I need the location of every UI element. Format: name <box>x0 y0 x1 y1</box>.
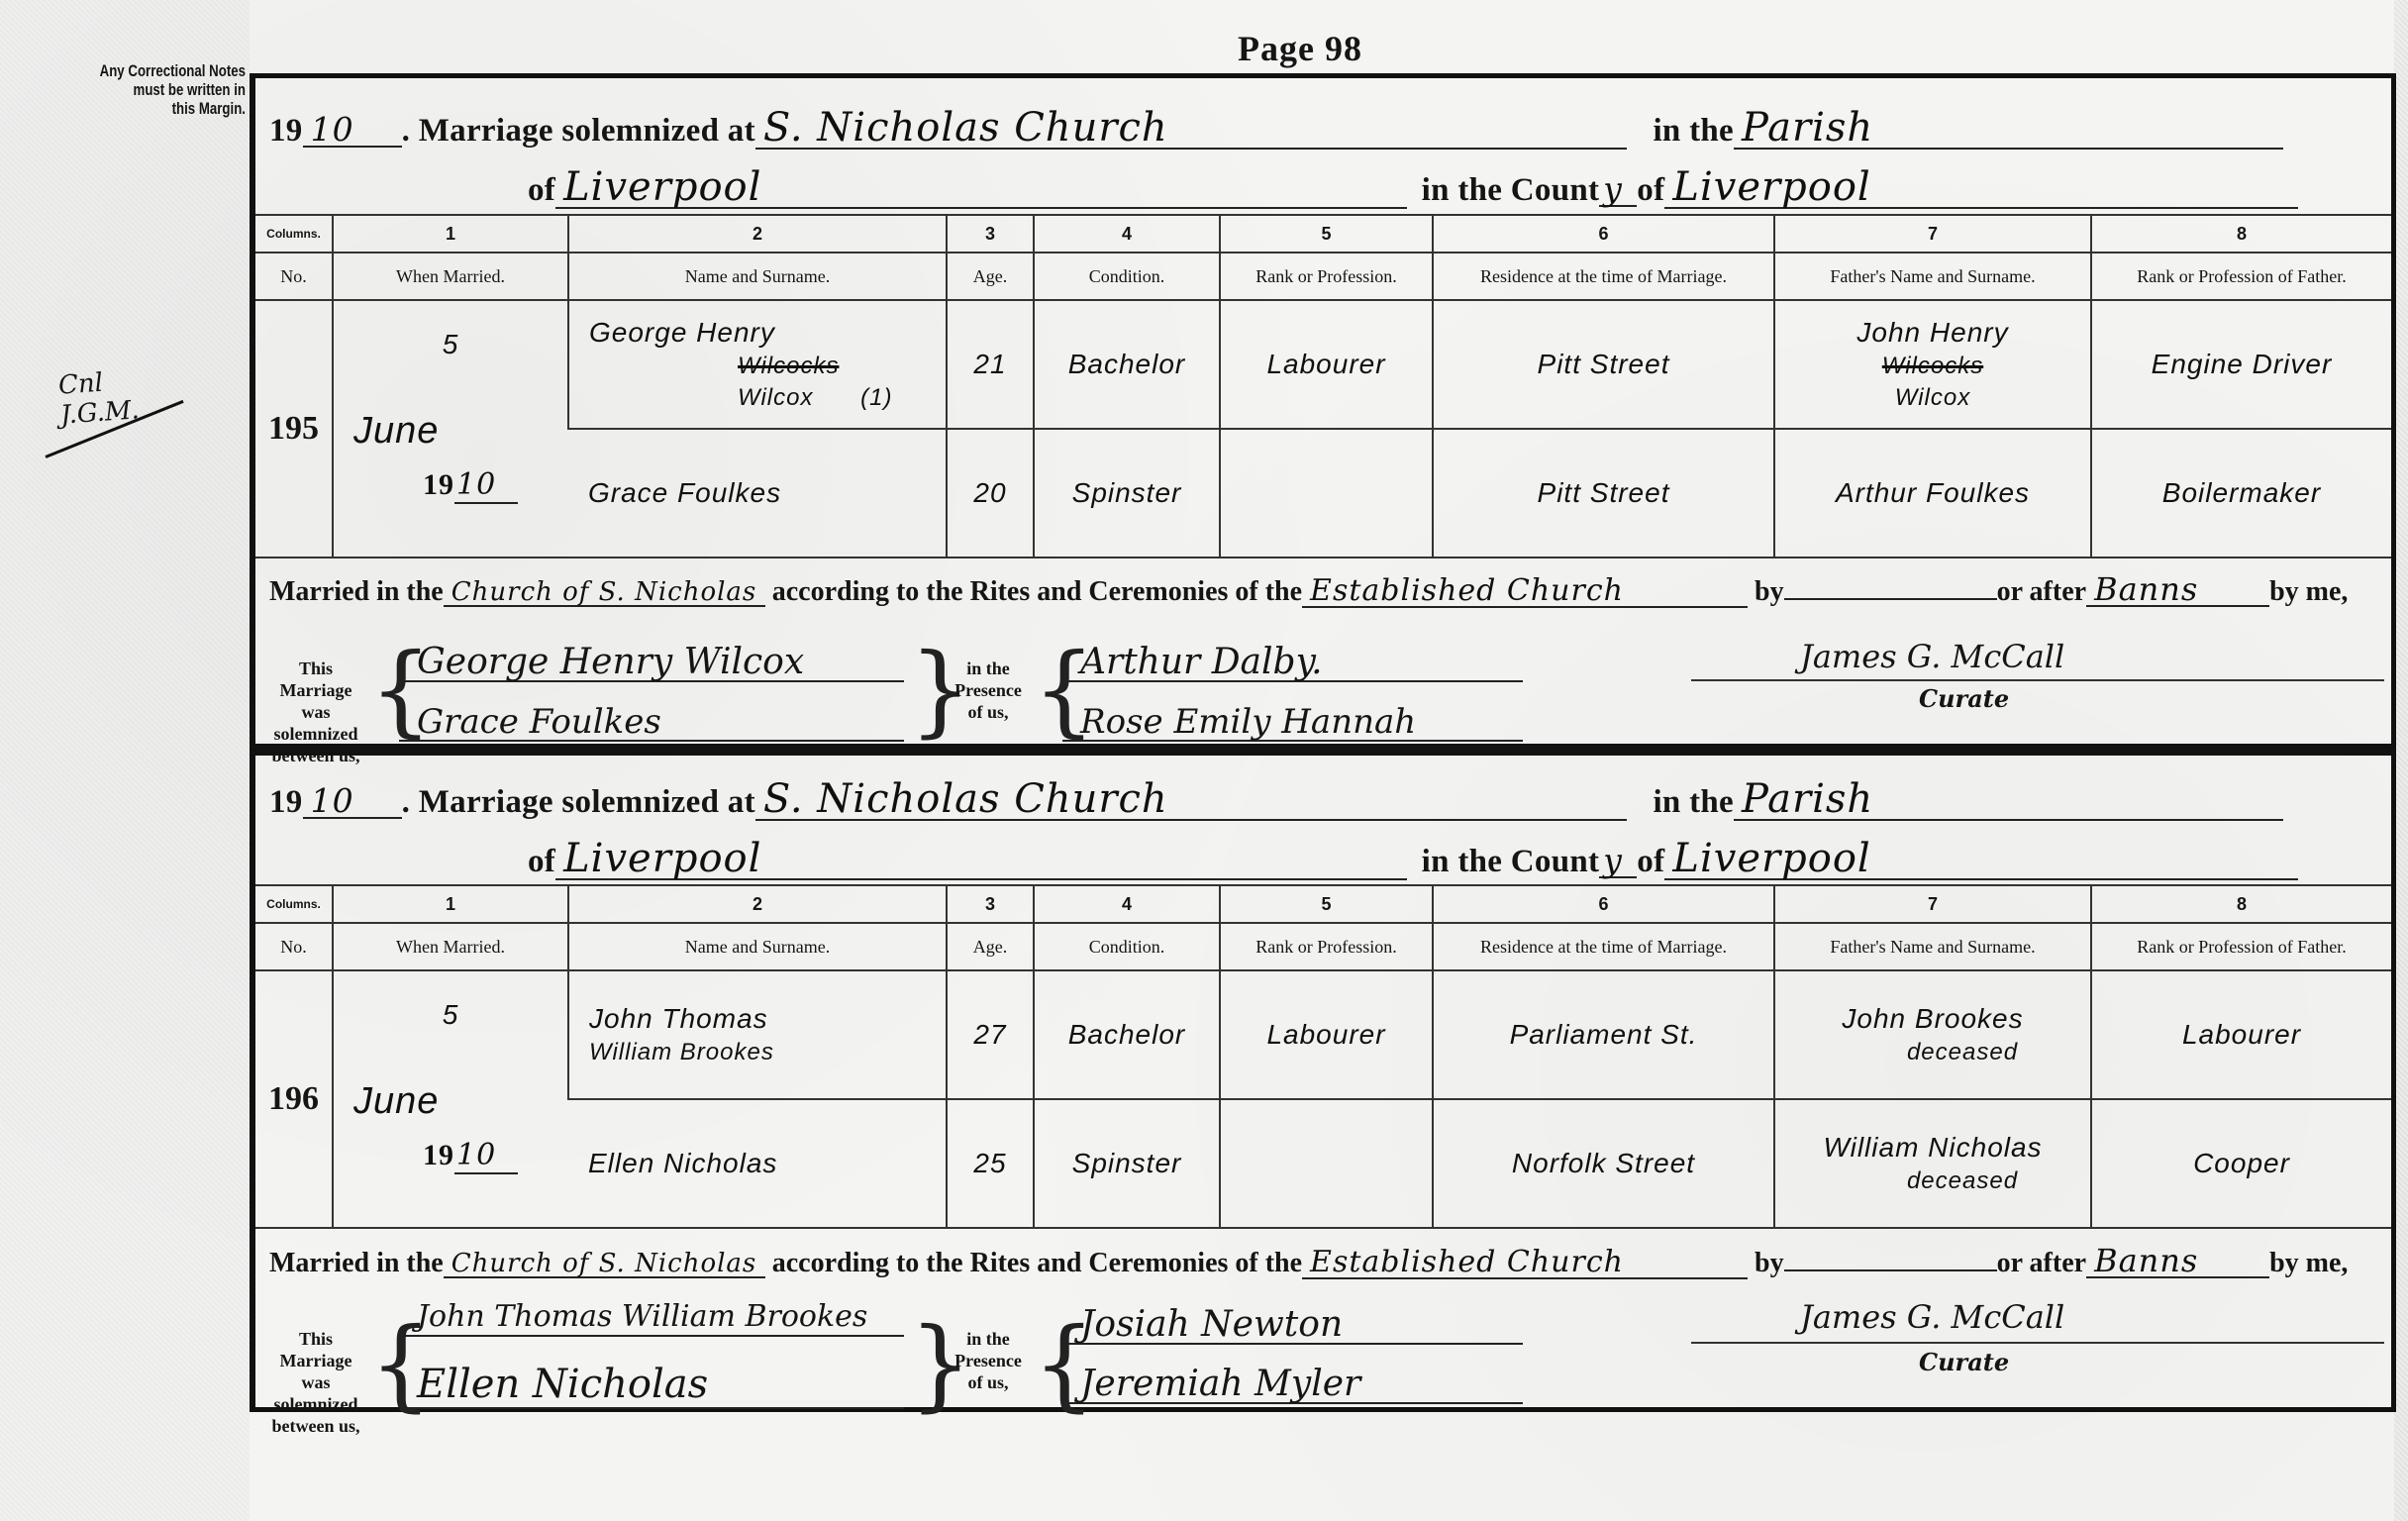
witness-1-signature: Josiah Newton <box>1062 1305 1523 1345</box>
left-margin <box>0 0 250 1521</box>
bride-signature: Ellen Nicholas <box>399 1360 904 1409</box>
bride-name: Grace Foulkes <box>568 429 947 558</box>
column-number: 5 <box>1220 215 1433 253</box>
margin-note-line: must be written in <box>99 80 246 99</box>
groom-name-struck: Wilcocks <box>589 353 946 380</box>
in-presence-line: in the <box>944 1328 1033 1350</box>
in-presence-line: Presence <box>944 679 1033 701</box>
margin-note-line: Any Correctional Notes <box>99 61 246 80</box>
married-in-line: Married in theChurch of S. Nicholas acco… <box>269 1245 2348 1279</box>
entry-header-line-1: 1910. Marriage solemnized atS. Nicholas … <box>269 779 2283 821</box>
or-after-label: or after <box>1997 1248 2086 1278</box>
when-year-suffix: 10 <box>454 467 518 504</box>
bride-age: 25 <box>947 1099 1034 1228</box>
in-presence-label: in the Presence of us, <box>944 1328 1033 1393</box>
rites: Established Church <box>1302 1248 1748 1279</box>
when-day: 5 <box>334 999 567 1031</box>
this-marriage-line: This Marriage <box>261 658 370 701</box>
column-number: 3 <box>947 885 1034 923</box>
margin-note: Any Correctional Notes must be written i… <box>99 61 246 118</box>
bride-age: 20 <box>947 429 1034 558</box>
year-suffix: 10 <box>303 784 402 819</box>
minister-title: Curate <box>1919 1348 2009 1376</box>
register-frame: 1910. Marriage solemnized atS. Nicholas … <box>250 73 2396 1412</box>
county-suffix: y <box>1599 844 1637 878</box>
right-margin <box>2394 0 2408 1521</box>
by-me-label: by me, <box>2269 1248 2348 1278</box>
married-in-line: Married in theChurch of S. Nicholas acco… <box>269 573 2348 608</box>
groom-name: George Henry Wilcocks Wilcox (1) <box>568 300 947 429</box>
by-licence <box>1784 598 1997 600</box>
groom-name-line: William Brookes <box>589 1039 946 1066</box>
married-in-label: Married in the <box>269 576 444 607</box>
bride-profession <box>1220 429 1433 558</box>
marriage-entry-195: 1910. Marriage solemnized atS. Nicholas … <box>255 78 2391 752</box>
in-presence-line: of us, <box>944 701 1033 723</box>
in-the-label: in the <box>1653 784 1734 820</box>
bride-residence: Pitt Street <box>1433 429 1774 558</box>
entry-number: 195 <box>255 300 333 558</box>
groom-father-name-line: Wilcox <box>1775 384 2090 412</box>
when-year-prefix: 19 <box>423 1139 454 1171</box>
column-header-condition: Condition. <box>1034 923 1220 970</box>
married-in-label: Married in the <box>269 1248 444 1278</box>
married-in-church: Church of S. Nicholas <box>444 1251 765 1278</box>
according-to-label: according to the Rites and Ceremonies of… <box>772 1248 1302 1278</box>
entry-divider <box>255 744 2391 756</box>
groom-father-name: John Henry Wilcocks Wilcox <box>1774 300 2091 429</box>
marriage-solemnized-label: . Marriage solemnized at <box>402 113 755 149</box>
groom-residence: Pitt Street <box>1433 300 1774 429</box>
register-table: Columns. 1 2 3 4 5 6 7 8 No. When Marrie… <box>255 884 2391 1229</box>
county-suffix: y <box>1599 172 1637 207</box>
groom-name-note: (1) <box>860 384 892 411</box>
when-married: 5 June 1910 <box>333 300 568 558</box>
groom-father-profession: Labourer <box>2091 970 2391 1099</box>
in-presence-line: in the <box>944 658 1033 679</box>
bride-row: Ellen Nicholas 25 Spinster Norfolk Stree… <box>255 1099 2391 1228</box>
register-table: Columns. 1 2 3 4 5 6 7 8 No. When Marrie… <box>255 214 2391 558</box>
bride-signature: Grace Foulkes <box>399 702 904 742</box>
column-number: 6 <box>1433 215 1774 253</box>
groom-condition: Bachelor <box>1034 300 1220 429</box>
of-county-label: of <box>1637 172 1664 208</box>
according-to-label: according to the Rites and Ceremonies of… <box>772 576 1302 607</box>
of-county-label: of <box>1637 844 1664 879</box>
of-label: of <box>528 844 555 879</box>
groom-father-name: John Brookes deceased <box>1774 970 2091 1099</box>
column-number: 7 <box>1774 885 2091 923</box>
column-header-residence: Residence at the time of Marriage. <box>1433 253 1774 300</box>
marriage-solemnized-label: . Marriage solemnized at <box>402 784 755 820</box>
minister-signature: James G. McCall <box>1800 638 2064 675</box>
when-year: 1910 <box>423 1138 518 1172</box>
column-header-residence: Residence at the time of Marriage. <box>1433 923 1774 970</box>
column-header-father-name: Father's Name and Surname. <box>1774 923 2091 970</box>
district-type: Parish <box>1734 779 2283 821</box>
column-number: 4 <box>1034 215 1220 253</box>
bride-father-name: William Nicholas deceased <box>1774 1099 2091 1228</box>
rites: Established Church <box>1302 576 1748 608</box>
this-marriage-line: was solemnized <box>261 701 370 745</box>
year-suffix: 10 <box>303 113 402 148</box>
groom-age: 27 <box>947 970 1034 1099</box>
when-day: 5 <box>334 329 567 360</box>
this-marriage-line: was solemnized <box>261 1371 370 1415</box>
column-header-age: Age. <box>947 923 1034 970</box>
column-number: 6 <box>1433 885 1774 923</box>
minister-signature-line <box>1691 679 2384 681</box>
margin-note-line: this Margin. <box>99 99 246 118</box>
in-presence-line: Presence <box>944 1350 1033 1371</box>
groom-row: 195 5 June 1910 George Henry Wilcocks Wi… <box>255 300 2391 429</box>
marriage-place: S. Nicholas Church <box>755 779 1627 821</box>
column-header-when-married: When Married. <box>333 253 568 300</box>
column-number-row: Columns. 1 2 3 4 5 6 7 8 <box>255 215 2391 253</box>
bride-residence: Norfolk Street <box>1433 1099 1774 1228</box>
column-header-when-married: When Married. <box>333 923 568 970</box>
when-married: 5 June 1910 <box>333 970 568 1228</box>
district: Liverpool <box>555 167 1407 209</box>
when-year-suffix: 10 <box>454 1138 518 1174</box>
minister-signature-line <box>1691 1342 2384 1344</box>
bride-father-profession: Cooper <box>2091 1099 2391 1228</box>
entry-header-line-1: 1910. Marriage solemnized atS. Nicholas … <box>269 108 2283 150</box>
in-the-label: in the <box>1653 113 1734 149</box>
bride-condition: Spinster <box>1034 1099 1220 1228</box>
column-number: 7 <box>1774 215 2091 253</box>
groom-father-name-struck: Wilcocks <box>1775 353 2090 380</box>
county: Liverpool <box>1664 167 2298 209</box>
groom-father-note: deceased <box>1775 1039 2090 1066</box>
bride-condition: Spinster <box>1034 429 1220 558</box>
bride-name: Ellen Nicholas <box>568 1099 947 1228</box>
groom-father-name-line: John Brookes <box>1842 1003 2023 1034</box>
district-type: Parish <box>1734 108 2283 150</box>
column-number: 8 <box>2091 215 2391 253</box>
entry-header-line-2: ofLiverpool in the CountyofLiverpool <box>528 167 2298 209</box>
this-marriage-line: between us, <box>261 1415 370 1437</box>
when-month: June <box>353 410 439 453</box>
groom-profession: Labourer <box>1220 300 1433 429</box>
groom-name-line: John Thomas <box>589 1003 768 1034</box>
groom-father-name-line: John Henry <box>1856 317 2008 348</box>
county: Liverpool <box>1664 839 2298 880</box>
when-month: June <box>353 1080 439 1123</box>
column-header-name: Name and Surname. <box>568 253 947 300</box>
groom-profession: Labourer <box>1220 970 1433 1099</box>
bride-father-profession: Boilermaker <box>2091 429 2391 558</box>
groom-age: 21 <box>947 300 1034 429</box>
groom-signature: John Thomas William Brookes <box>399 1297 904 1337</box>
column-number: 3 <box>947 215 1034 253</box>
column-number: 8 <box>2091 885 2391 923</box>
column-number: 1 <box>333 215 568 253</box>
bride-profession <box>1220 1099 1433 1228</box>
column-number: 1 <box>333 885 568 923</box>
column-header-row: No. When Married. Name and Surname. Age.… <box>255 923 2391 970</box>
margin-annotation: Cnl J.G.M. <box>57 365 141 430</box>
column-header-profession: Rank or Profession. <box>1220 253 1433 300</box>
entry-header-line-2: ofLiverpool in the CountyofLiverpool <box>528 839 2298 880</box>
this-marriage-line: This Marriage <box>261 1328 370 1371</box>
marriage-entry-196: 1910. Marriage solemnized atS. Nicholas … <box>255 756 2391 1409</box>
or-after-label: or after <box>1997 576 2086 607</box>
page-title: Page 98 <box>1238 28 1362 69</box>
entry-number: 196 <box>255 970 333 1228</box>
witness-2-signature: Jeremiah Myler <box>1062 1365 1523 1404</box>
in-presence-label: in the Presence of us, <box>944 658 1033 723</box>
witness-1-signature: Arthur Dalby. <box>1062 643 1523 682</box>
column-number: 2 <box>568 215 947 253</box>
groom-father-profession: Engine Driver <box>2091 300 2391 429</box>
year-prefix: 19 <box>269 113 303 149</box>
groom-name: John Thomas William Brookes <box>568 970 947 1099</box>
groom-name-line: Wilcox <box>738 384 813 411</box>
column-header-condition: Condition. <box>1034 253 1220 300</box>
when-year-prefix: 19 <box>423 468 454 501</box>
columns-label: Columns. <box>255 215 333 253</box>
this-marriage-label: This Marriage was solemnized between us, <box>261 1328 370 1437</box>
columns-label: Columns. <box>255 885 333 923</box>
by-label: by <box>1755 576 1784 607</box>
bride-father-name: Arthur Foulkes <box>1774 429 2091 558</box>
groom-signature: George Henry Wilcox <box>399 643 904 682</box>
year-prefix: 19 <box>269 784 303 820</box>
or-after-banns: Banns <box>2086 573 2269 607</box>
by-label: by <box>1755 1248 1784 1278</box>
in-the-county-label: in the Count <box>1422 172 1600 208</box>
column-number-row: Columns. 1 2 3 4 5 6 7 8 <box>255 885 2391 923</box>
column-number: 4 <box>1034 885 1220 923</box>
column-header-row: No. When Married. Name and Surname. Age.… <box>255 253 2391 300</box>
groom-residence: Parliament St. <box>1433 970 1774 1099</box>
column-header-age: Age. <box>947 253 1034 300</box>
of-label: of <box>528 172 555 208</box>
column-header-father-profession: Rank or Profession of Father. <box>2091 923 2391 970</box>
groom-row: 196 5 June 1910 John Thomas William Broo… <box>255 970 2391 1099</box>
bride-father-note: deceased <box>1775 1167 2090 1195</box>
column-number: 5 <box>1220 885 1433 923</box>
marriage-place: S. Nicholas Church <box>755 108 1627 150</box>
column-header-father-name: Father's Name and Surname. <box>1774 253 2091 300</box>
column-header-father-profession: Rank or Profession of Father. <box>2091 253 2391 300</box>
by-licence <box>1784 1269 1997 1271</box>
minister-signature: James G. McCall <box>1800 1298 2064 1336</box>
witness-2-signature: Rose Emily Hannah <box>1062 702 1523 742</box>
bride-row: Grace Foulkes 20 Spinster Pitt Street Ar… <box>255 429 2391 558</box>
by-me-label: by me, <box>2269 576 2348 607</box>
groom-condition: Bachelor <box>1034 970 1220 1099</box>
column-header-no: No. <box>255 923 333 970</box>
married-in-church: Church of S. Nicholas <box>444 579 765 607</box>
column-header-profession: Rank or Profession. <box>1220 923 1433 970</box>
groom-name-line: George Henry <box>589 317 775 348</box>
in-the-county-label: in the Count <box>1422 844 1600 879</box>
column-header-no: No. <box>255 253 333 300</box>
bride-father-name-line: William Nicholas <box>1823 1132 2042 1163</box>
minister-title: Curate <box>1919 684 2009 713</box>
when-year: 1910 <box>423 467 518 502</box>
district: Liverpool <box>555 839 1407 880</box>
column-header-name: Name and Surname. <box>568 923 947 970</box>
in-presence-line: of us, <box>944 1371 1033 1393</box>
column-number: 2 <box>568 885 947 923</box>
or-after-banns: Banns <box>2086 1245 2269 1278</box>
